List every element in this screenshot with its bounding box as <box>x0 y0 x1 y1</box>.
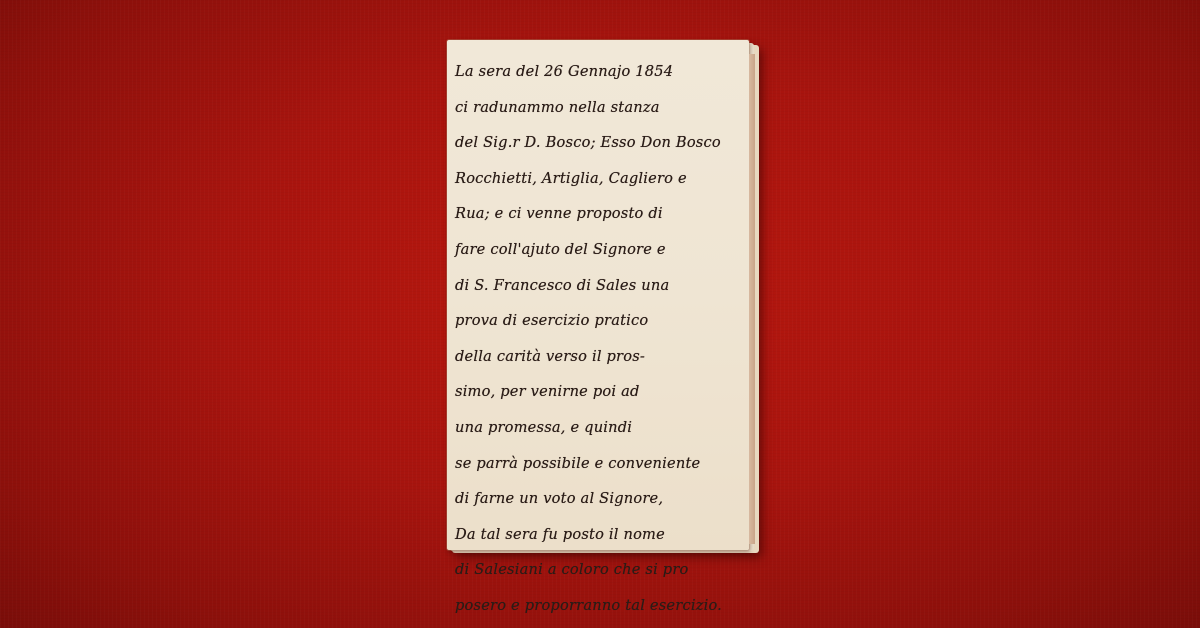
manuscript-line: Rocchietti, Artiglia, Cagliero e <box>455 161 741 197</box>
manuscript-line: del Sig.r D. Bosco; Esso Don Bosco <box>455 125 741 161</box>
manuscript-line: posero e proporranno tal esercizio. <box>455 588 741 624</box>
manuscript-line: La sera del 26 Gennajo 1854 <box>455 54 741 90</box>
manuscript-line: prova di esercizio pratico <box>455 303 741 339</box>
manuscript-line: una promessa, e quindi <box>455 410 741 446</box>
manuscript-line: ci radunammo nella stanza <box>455 90 741 126</box>
manuscript-line: di S. Francesco di Sales una <box>455 268 741 304</box>
manuscript-text: La sera del 26 Gennajo 1854 ci radunammo… <box>455 54 741 624</box>
manuscript-line: di Salesiani a coloro che si pro <box>455 552 741 588</box>
manuscript-line: di farne un voto al Signore, <box>455 481 741 517</box>
manuscript-line: simo, per venirne poi ad <box>455 374 741 410</box>
manuscript-line: fare coll'ajuto del Signore e <box>455 232 741 268</box>
manuscript-line: Da tal sera fu posto il nome <box>455 517 741 553</box>
manuscript-line: Rua; e ci venne proposto di <box>455 196 741 232</box>
manuscript-line: se parrà possibile e conveniente <box>455 446 741 482</box>
manuscript-page: La sera del 26 Gennajo 1854 ci radunammo… <box>447 40 749 550</box>
manuscript-line: della carità verso il pros- <box>455 339 741 375</box>
